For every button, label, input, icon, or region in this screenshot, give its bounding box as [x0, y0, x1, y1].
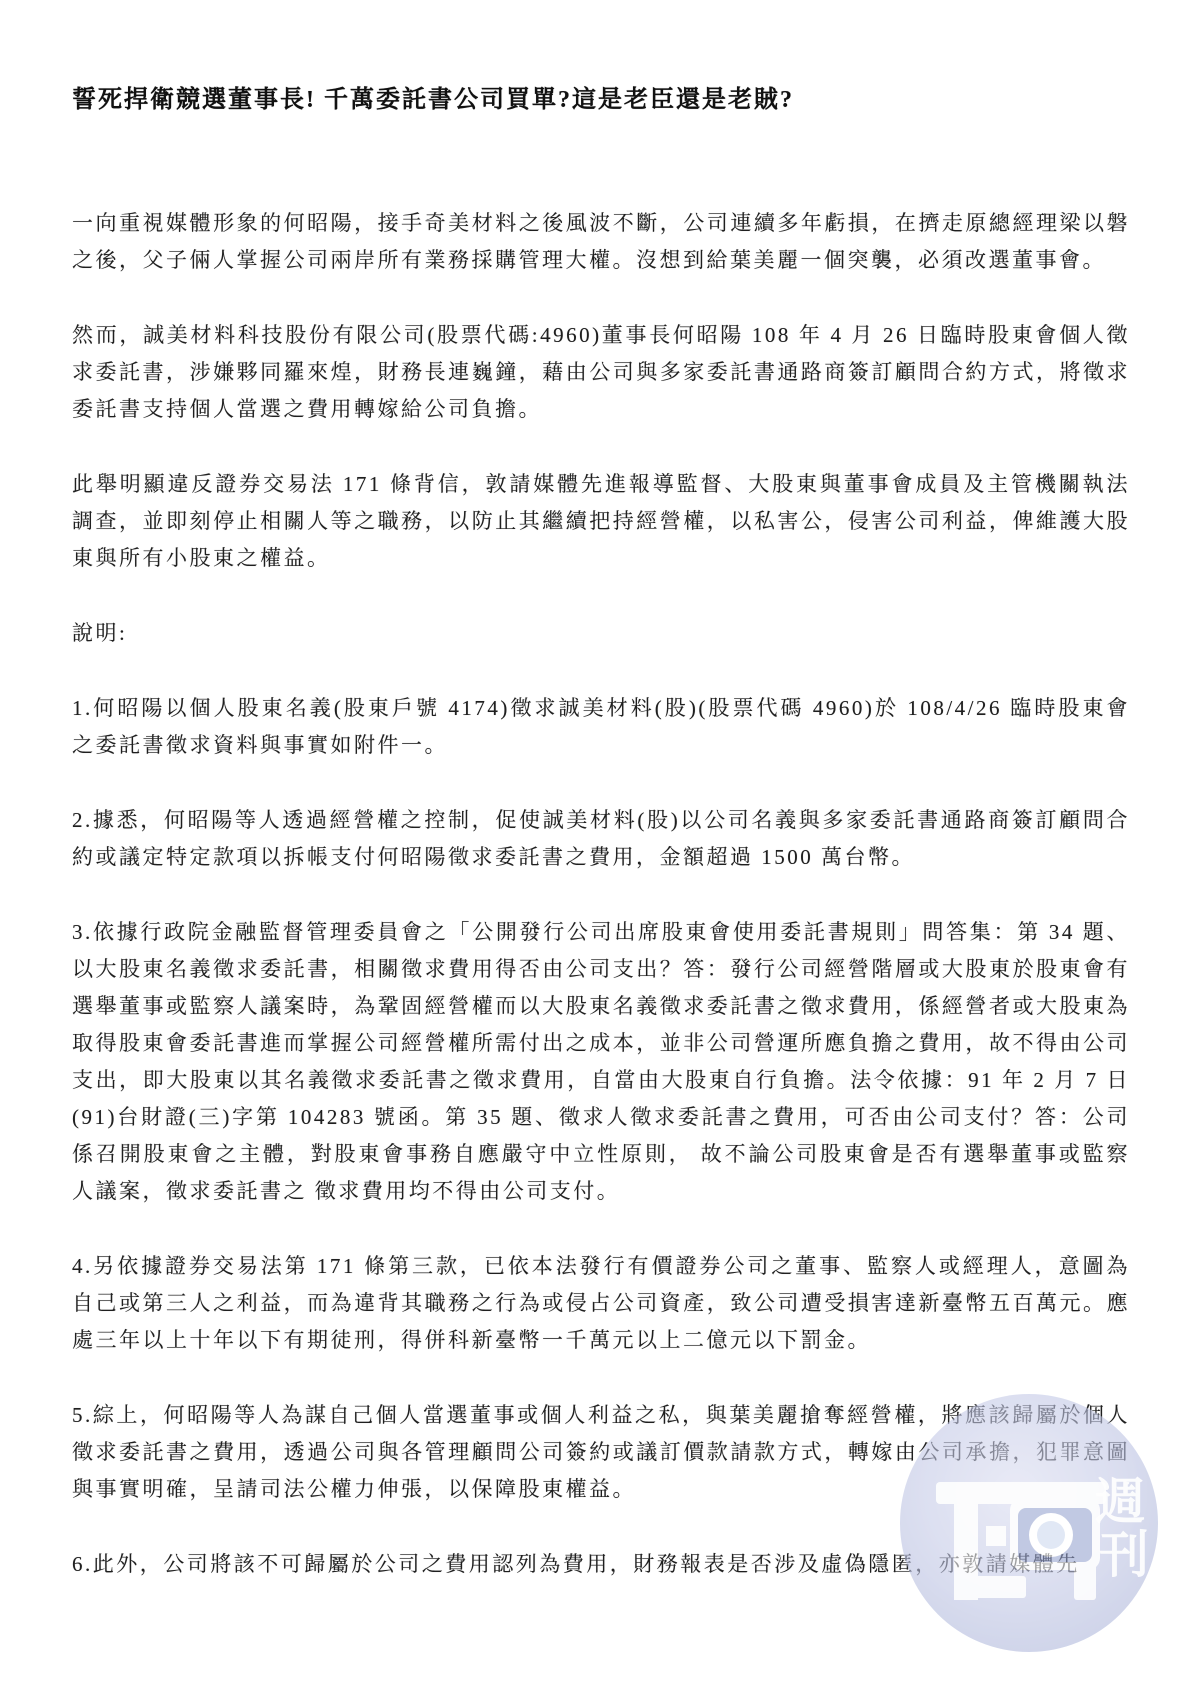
list-item-5: 5.綜上，何昭陽等人為謀自己個人當選董事或個人利益之私，與葉美麗搶奪經營權，將應… [72, 1397, 1130, 1508]
intro-paragraph-1: 一向重視媒體形象的何昭陽，接手奇美材料之後風波不斷，公司連續多年虧損，在擠走原總… [72, 205, 1130, 279]
list-item-1: 1.何昭陽以個人股東名義(股東戶號 4174)徵求誠美材料(股)(股票代碼 49… [72, 690, 1130, 764]
list-item-2: 2.據悉，何昭陽等人透過經營權之控制，促使誠美材料(股)以公司名義與多家委託書通… [72, 802, 1130, 876]
intro-paragraph-3: 此舉明顯違反證券交易法 171 條背信，敦請媒體先進報導監督、大股東與董事會成員… [72, 466, 1130, 577]
document-title: 誓死捍衛競選董事長! 千萬委託書公司買單?這是老臣還是老賊? [72, 84, 1130, 117]
intro-paragraph-2: 然而，誠美材料科技股份有限公司(股票代碼:4960)董事長何昭陽 108 年 4… [72, 317, 1130, 428]
document-page: 誓死捍衛競選董事長! 千萬委託書公司買單?這是老臣還是老賊? 一向重視媒體形象的… [0, 0, 1200, 1697]
document-body: 誓死捍衛競選董事長! 千萬委託書公司買單?這是老臣還是老賊? 一向重視媒體形象的… [72, 84, 1130, 1583]
list-item-6-truncated: 6.此外，公司將該不可歸屬於公司之費用認列為費用，財務報表是否涉及虛偽隱匿，亦敦… [72, 1546, 1130, 1583]
list-item-3: 3.依據行政院金融監督管理委員會之「公開發行公司出席股東會使用委託書規則」問答集… [72, 914, 1130, 1210]
list-item-4: 4.另依據證券交易法第 171 條第三款，已依本法發行有價證券公司之董事、監察人… [72, 1248, 1130, 1359]
section-label: 說明: [72, 615, 1130, 652]
